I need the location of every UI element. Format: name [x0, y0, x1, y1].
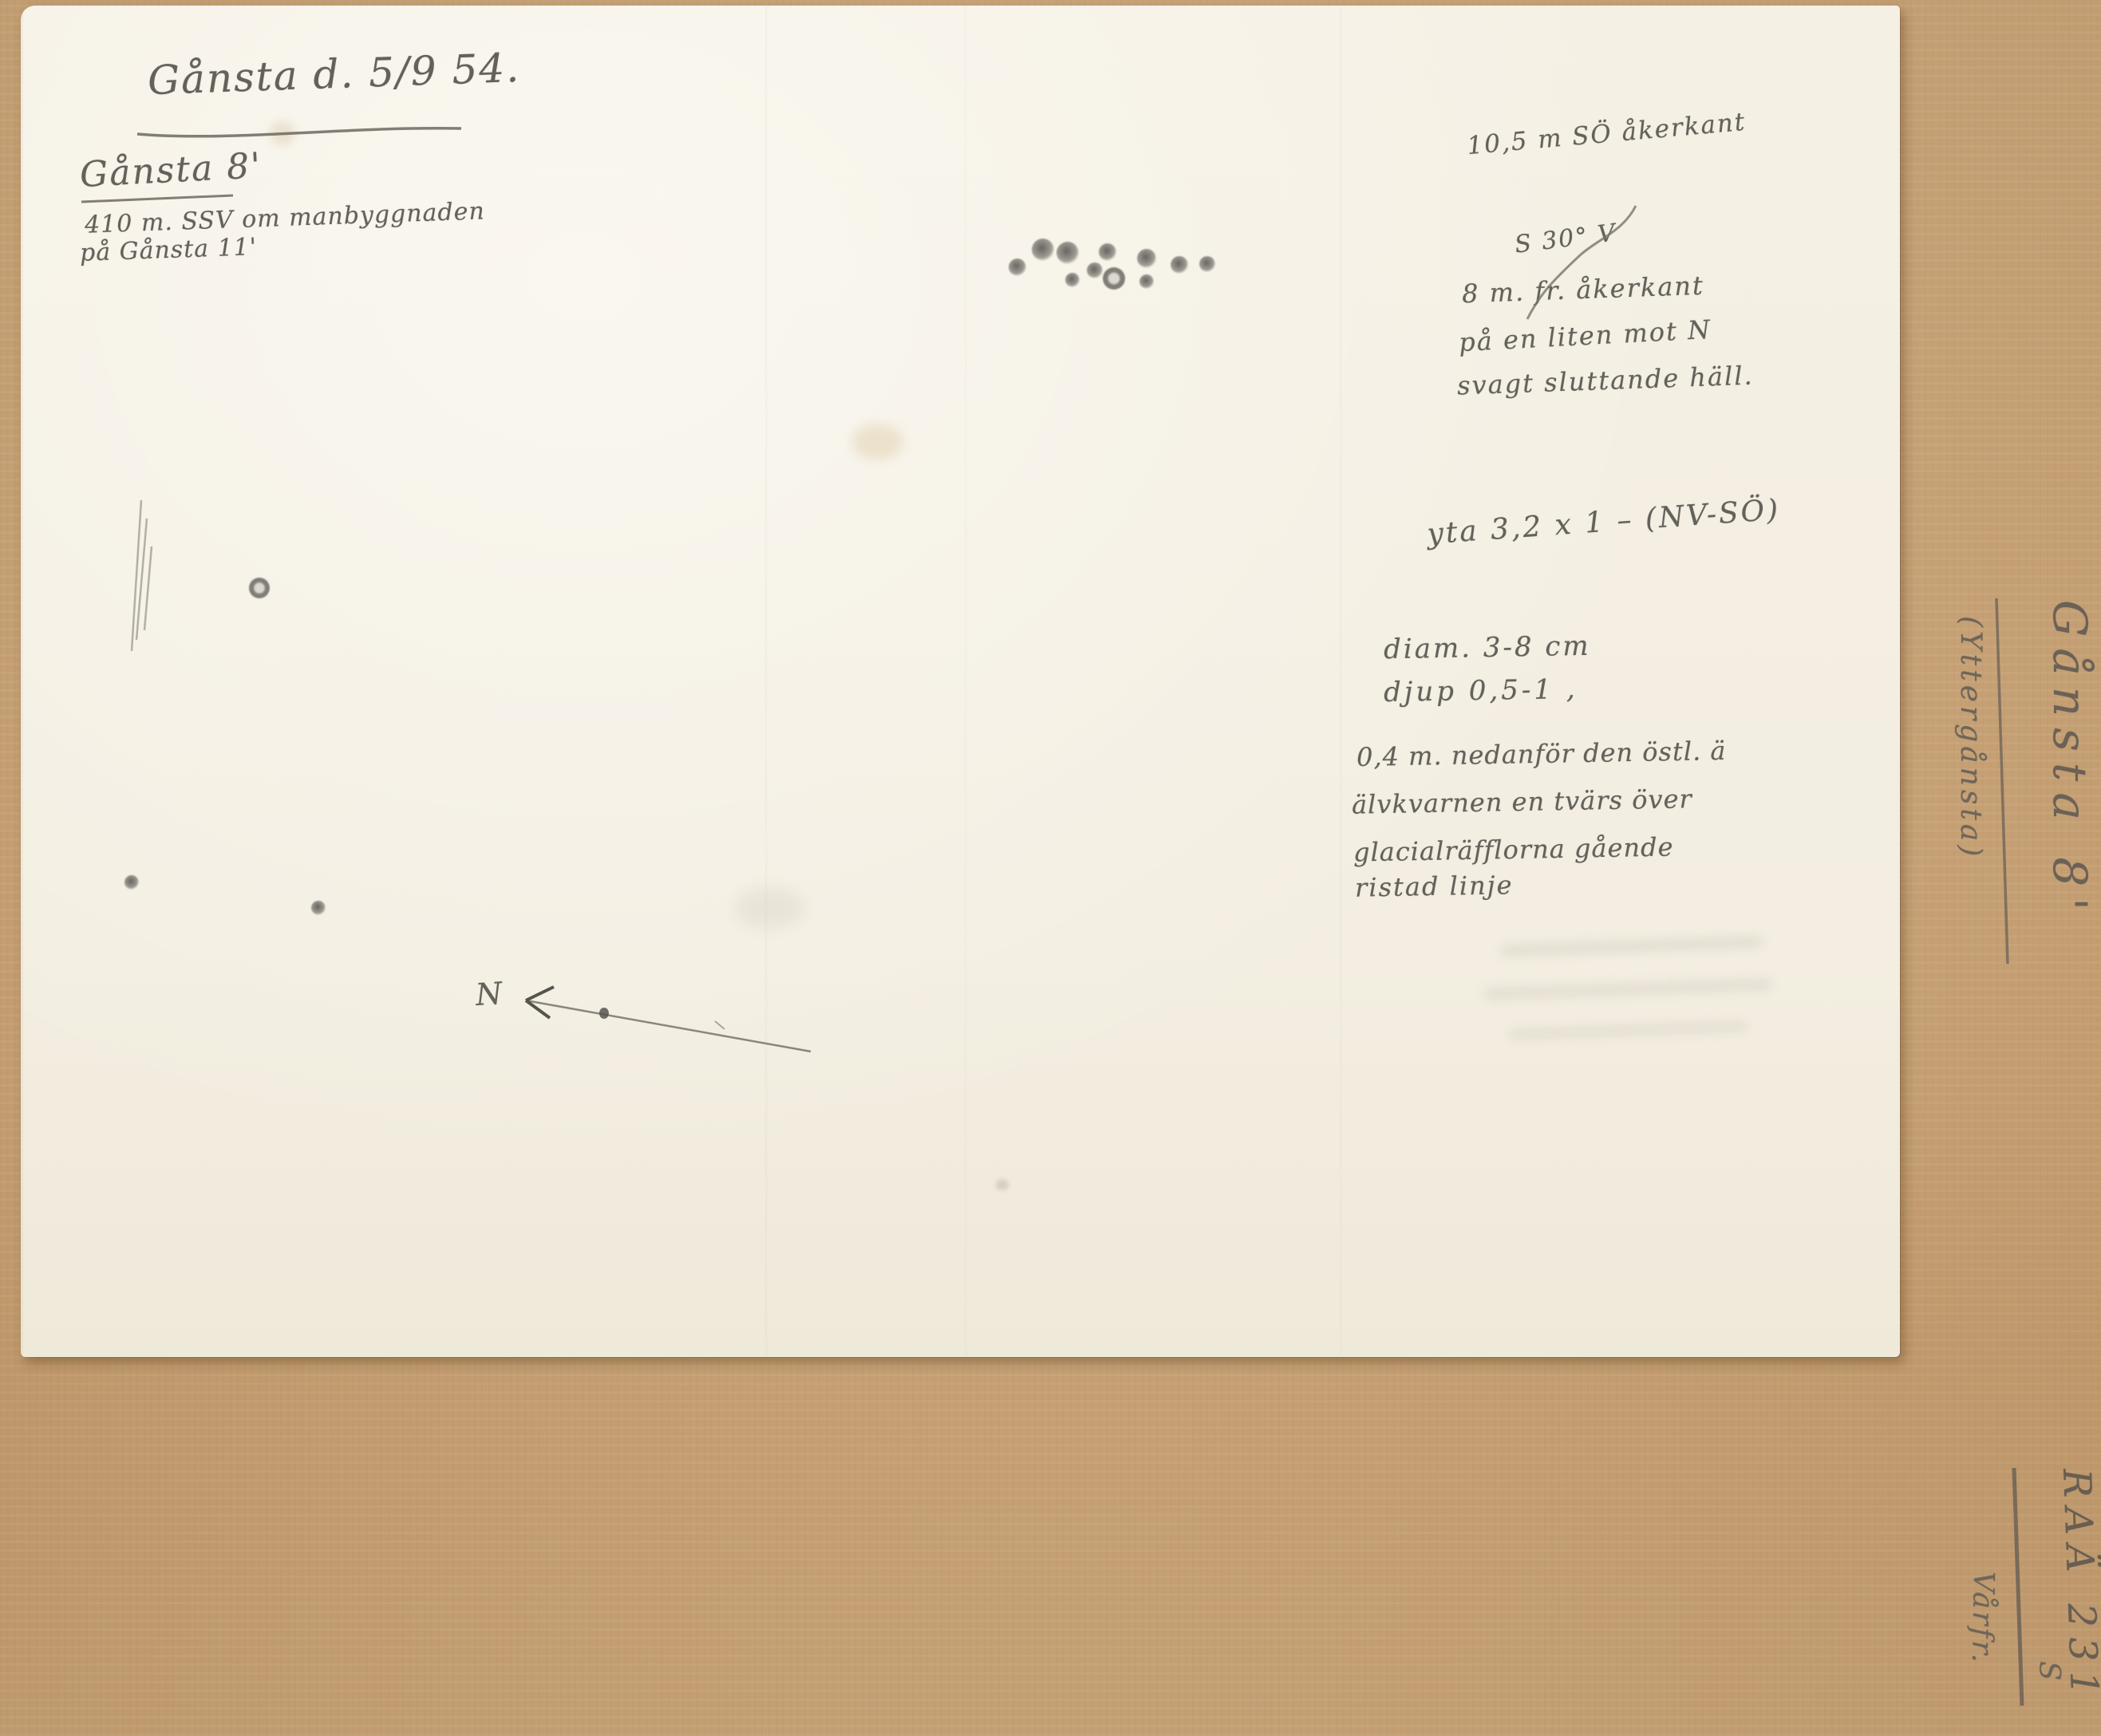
cup-mark: [1065, 273, 1080, 287]
registry-underline: [2014, 1468, 2022, 1706]
cup-mark: [1137, 249, 1156, 268]
cup-mark: [124, 875, 139, 890]
cup-mark: [1056, 242, 1079, 264]
north-arrow: [526, 987, 811, 1051]
bearing-curve: [1527, 206, 1636, 319]
cup-mark: [1103, 267, 1125, 290]
cup-mark: [249, 578, 270, 598]
margin-underline: [1996, 598, 2008, 964]
cup-mark: [1009, 258, 1026, 276]
cup-mark: [1087, 262, 1103, 278]
heading-underline: [137, 128, 461, 136]
sketch-overlay: [0, 0, 2101, 1736]
cup-mark: [1171, 256, 1188, 274]
cup-mark: [1032, 239, 1054, 261]
cup-mark: [311, 901, 326, 915]
site-name-underline: [81, 195, 233, 202]
cup-mark: [1139, 274, 1154, 289]
rock-edge-strokes: [132, 500, 152, 651]
archive-card-scan: Gånsta d. 5/9 54. Gånsta 8' 410 m. SSV o…: [0, 0, 2101, 1736]
cup-mark: [1199, 256, 1215, 272]
cup-mark: [1099, 243, 1116, 261]
